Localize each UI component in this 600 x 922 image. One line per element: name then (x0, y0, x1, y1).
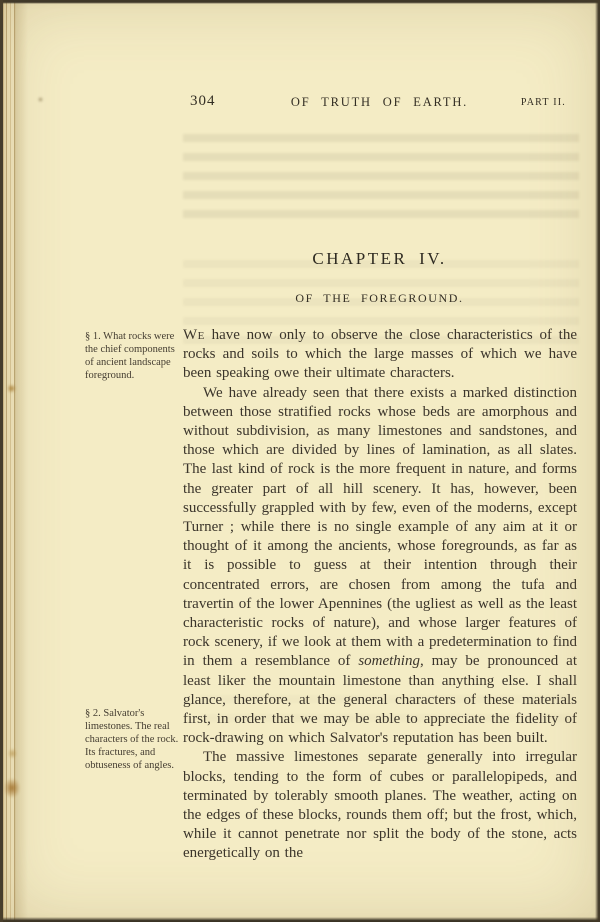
paragraph-1-text: have now only to observe the close chara… (183, 327, 577, 381)
paragraph-2-text-a: We have already seen that there exists a… (183, 385, 577, 670)
paragraph-2: We have already seen that there exists a… (183, 384, 577, 749)
scan-edge-right (595, 0, 600, 922)
chapter-heading: CHAPTER IV. (183, 249, 576, 269)
foxing-spot (38, 97, 43, 102)
running-header: 304 OF TRUTH OF EARTH. PART II. (183, 93, 576, 111)
foxing-spot (8, 748, 17, 759)
paragraph-1-leadword: We (183, 327, 205, 343)
paragraph-3: The massive limestones separate generall… (183, 748, 577, 863)
show-through-text (183, 129, 579, 224)
book-page-scan: 304 OF TRUTH OF EARTH. PART II. CHAPTER … (0, 0, 600, 922)
running-title: OF TRUTH OF EARTH. (183, 95, 576, 110)
scan-edge-top (0, 0, 600, 4)
foxing-spot (7, 384, 16, 393)
part-label: PART II. (521, 97, 566, 108)
paragraph-2-italic-word: something (358, 653, 420, 669)
section-heading: OF THE FOREGROUND. (183, 291, 576, 306)
foxing-spot (4, 778, 20, 798)
margin-note-2: § 2. Salvator's limestones. The real cha… (85, 707, 180, 772)
scan-edge-bottom (0, 917, 600, 922)
margin-note-1: § 1. What rocks were the chief component… (85, 330, 180, 382)
body-text: We have now only to observe the close ch… (183, 326, 577, 864)
paragraph-1: We have now only to observe the close ch… (183, 326, 577, 384)
scan-edge-left (0, 0, 3, 922)
